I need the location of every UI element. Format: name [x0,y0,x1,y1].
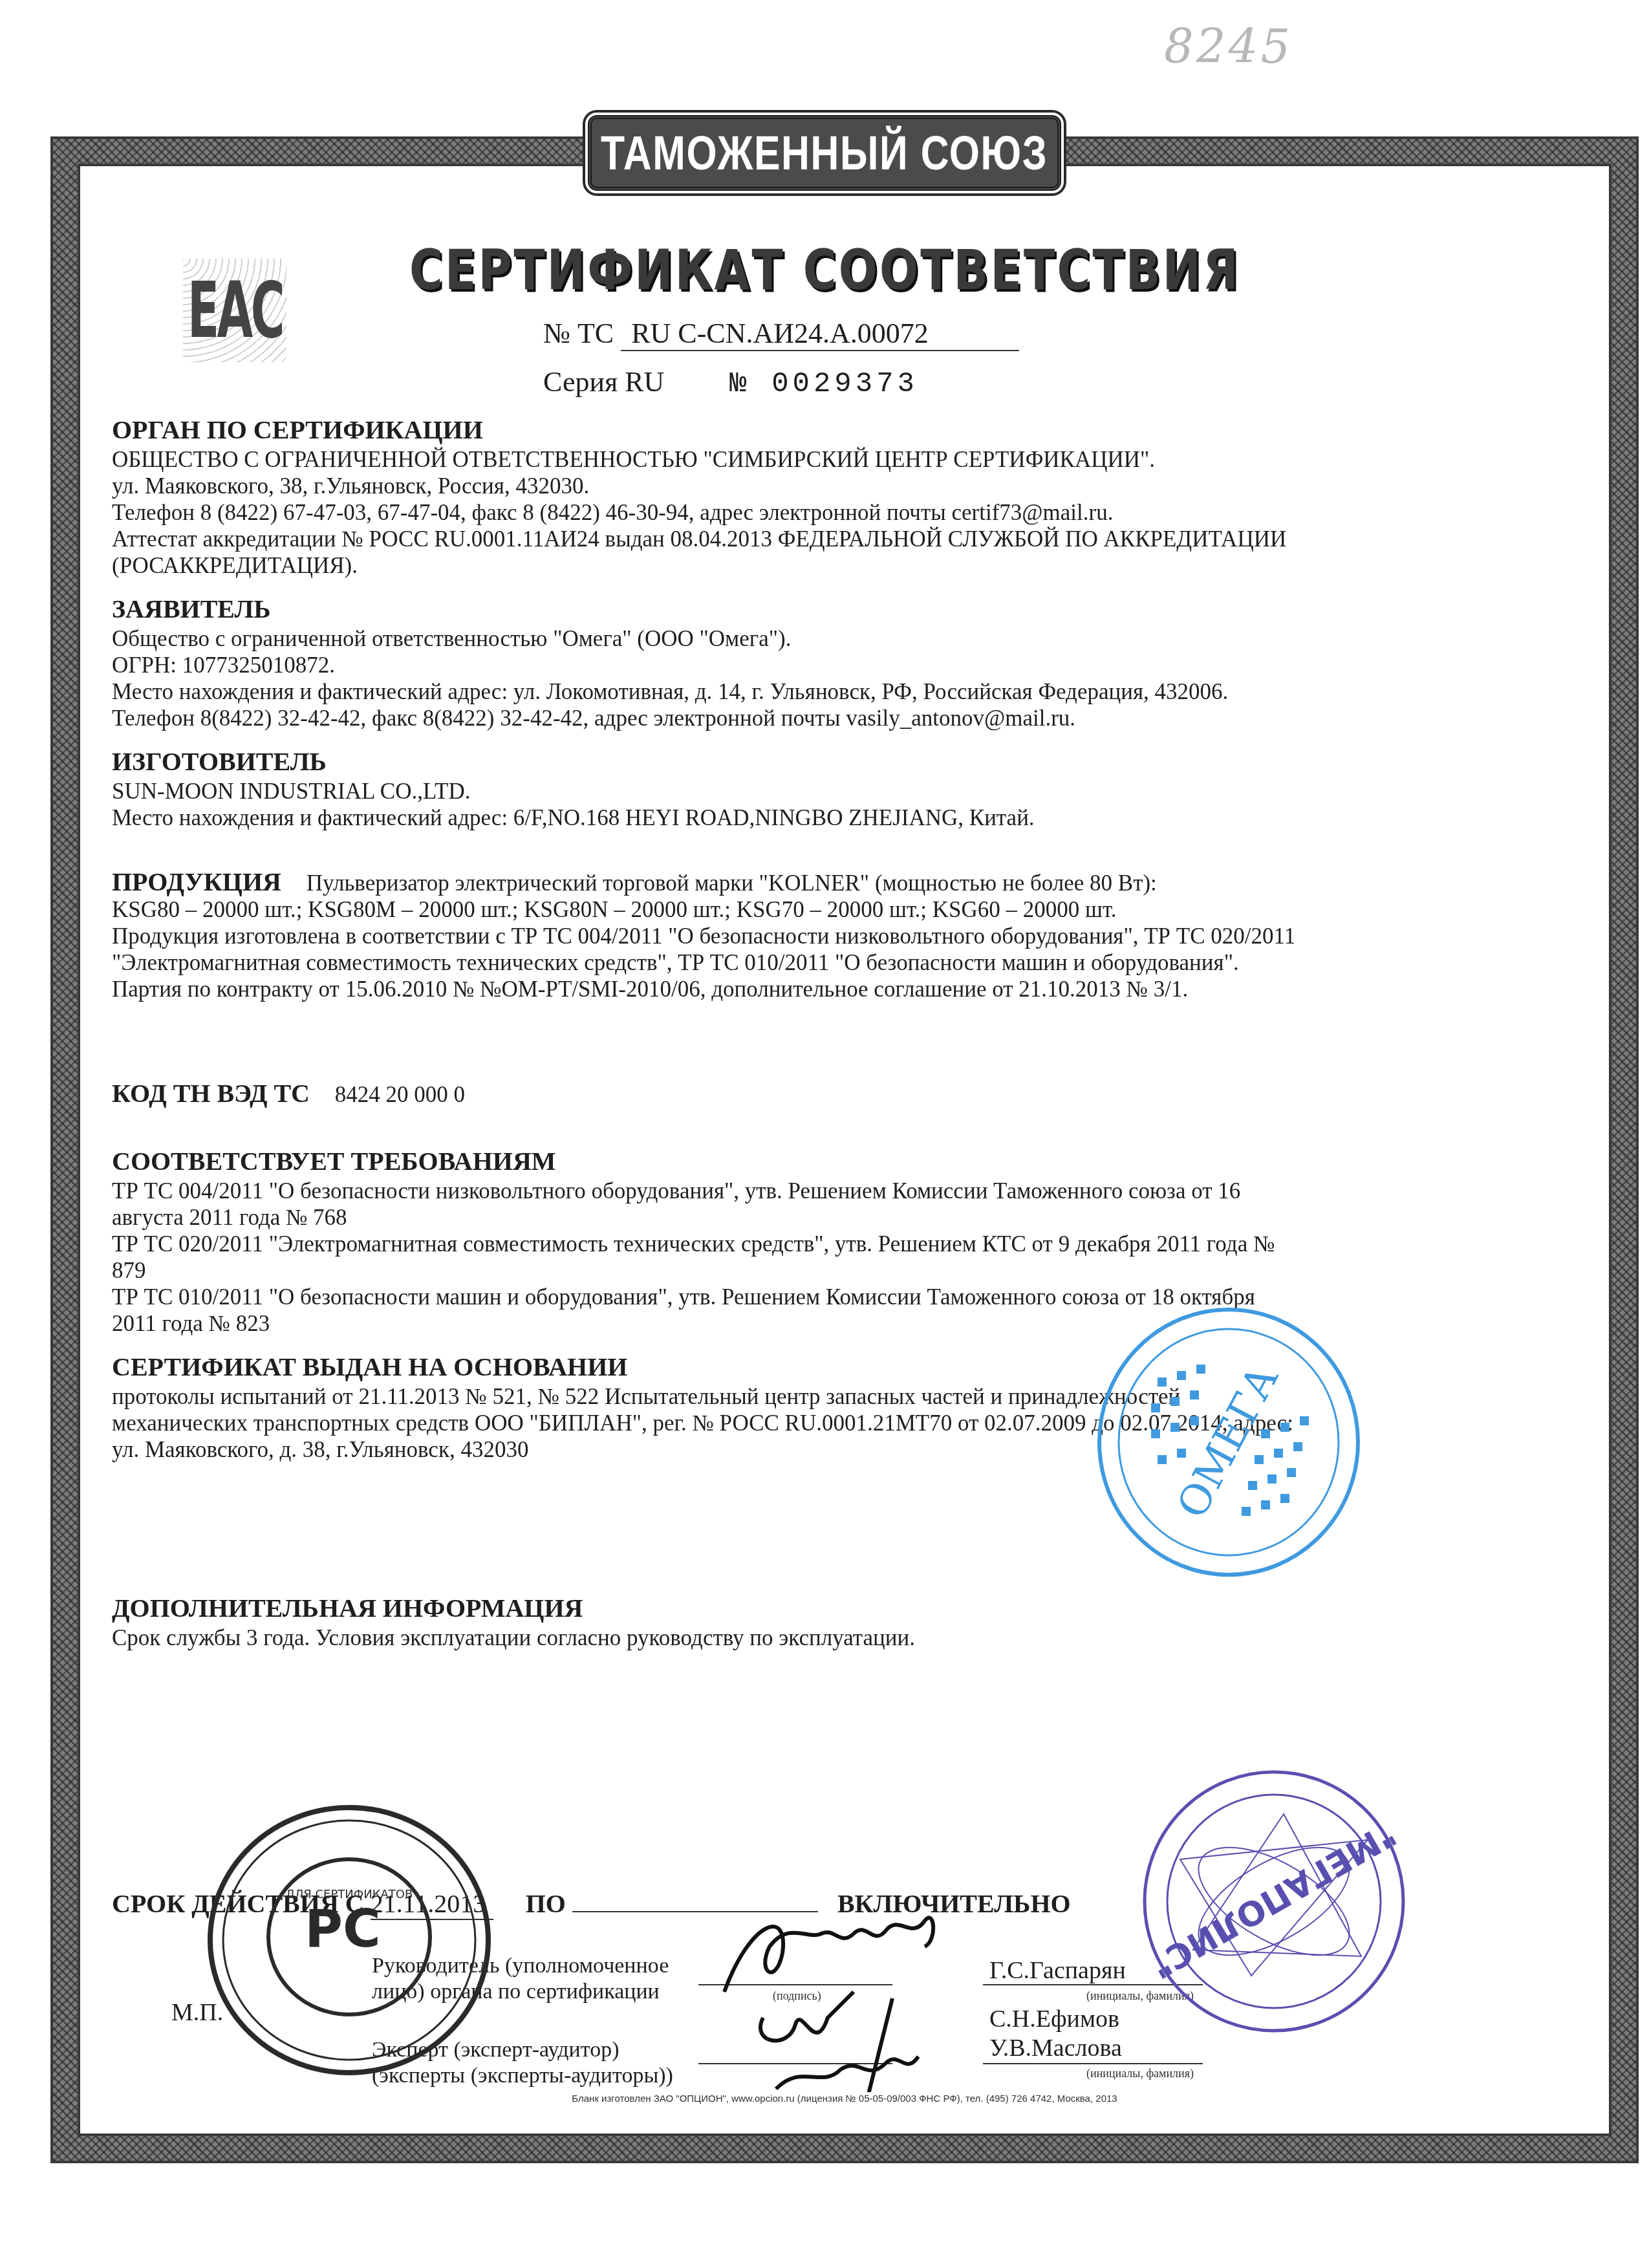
hs-code-section: КОД ТН ВЭД ТС 8424 20 000 0 [112,1080,1457,1108]
printer-note: Бланк изготовлен ЗАО "ОПЦИОН", www.opcio… [559,2092,1130,2106]
section-heading: КОД ТН ВЭД ТС [112,1079,310,1108]
manufacturer-section: ИЗГОТОВИТЕЛЬ SUN-MOON INDUSTRIAL CO.,LTD… [112,746,1457,831]
expert-name-1: С.Н.Ефимов [989,2005,1119,2033]
section-heading: ДОПОЛНИТЕЛЬНАЯ ИНФОРМАЦИЯ [112,1592,1457,1625]
text-line: Телефон 8(8422) 32-42-42, факс 8(8422) 3… [112,705,1457,731]
additional-info-section: ДОПОЛНИТЕЛЬНАЯ ИНФОРМАЦИЯ Срок службы 3 … [112,1592,1457,1651]
section-heading: ИЗГОТОВИТЕЛЬ [112,746,1457,778]
section-heading: СООТВЕТСТВУЕТ ТРЕБОВАНИЯМ [112,1145,1457,1178]
text-line: (РОСАККРЕДИТАЦИЯ). [112,552,1457,579]
text-line: Продукция изготовлена в соответствии с Т… [112,923,1457,949]
text-line: 879 [112,1257,1457,1284]
series-value: RU [625,366,664,398]
certification-body-section: ОРГАН ПО СЕРТИФИКАЦИИ ОБЩЕСТВО С ОГРАНИЧ… [112,414,1457,579]
customs-union-banner: ТАМОЖЕННЫЙ СОЮЗ [588,115,1061,191]
certification-center-stamp-icon: PC ДЛЯ СЕРТИФИКАТОВ [194,1785,504,2089]
text-line: SUN-MOON INDUSTRIAL CO.,LTD. [112,778,1457,805]
megapolis-company-stamp-icon: "МЕГАПОЛИС" [1135,1762,1413,2040]
certificate-number: № ТС RU C-CN.АИ24.А.00072 [543,317,1019,351]
text-line: ОБЩЕСТВО С ОГРАНИЧЕННОЙ ОТВЕТСТВЕННОСТЬЮ… [112,446,1457,473]
series-label: Серия [543,366,618,398]
expert-name-2: У.В.Маслова [989,2034,1122,2062]
cert-number-value: RU C-CN.АИ24.А.00072 [621,317,1019,351]
text-line: "Электромагнитная совместимость техничес… [112,949,1457,976]
text-line: Место нахождения и фактический адрес: 6/… [112,805,1457,831]
certificate-series: Серия RU № 0029373 [543,365,918,400]
blank-printer-footer: Бланк изготовлен ЗАО "ОПЦИОН", www.opcio… [53,2088,1636,2110]
text-line: Место нахождения и фактический адрес: ул… [112,678,1457,705]
eac-logo-icon: EAC [183,259,286,362]
cert-number-label: № ТС [543,318,614,349]
text-line: Срок службы 3 года. Условия эксплуатации… [112,1625,1457,1651]
section-heading: ОРГАН ПО СЕРТИФИКАЦИИ [112,414,1457,446]
head-name: Г.С.Гаспарян [989,1956,1126,1985]
expert-name-line [983,2063,1203,2064]
text-line: ул. Маяковского, 38, г.Ульяновск, Россия… [112,473,1457,499]
svg-text:ДЛЯ СЕРТИФИКАТОВ: ДЛЯ СЕРТИФИКАТОВ [286,1888,413,1901]
text-line: ТР ТС 020/2011 "Электромагнитная совмест… [112,1231,1457,1257]
hs-code-value: 8424 20 000 0 [335,1082,465,1107]
blank-number-value: 0029373 [771,368,918,400]
text-line: августа 2011 года № 768 [112,1204,1457,1231]
applicant-section: ЗАЯВИТЕЛЬ Общество с ограниченной ответс… [112,593,1457,731]
section-heading: ЗАЯВИТЕЛЬ [112,593,1457,625]
certificate-title-text: СЕРТИФИКАТ СООТВЕТСТВИЯ [409,238,1240,303]
eac-logo-text: EAC [188,266,283,356]
section-heading: ПРОДУКЦИЯ [112,867,281,896]
text-line: Телефон 8 (8422) 67-47-03, 67-47-04, фак… [112,499,1457,526]
text-line: Аттестат аккредитации № РОСС RU.0001.11А… [112,526,1457,552]
text-line: Партия по контракту от 15.06.2010 № №OM-… [112,976,1457,1002]
text-line: ОГРН: 1077325010872. [112,652,1457,678]
validity-to-label: ПО [526,1889,566,1918]
customs-union-label: ТАМОЖЕННЫЙ СОЮЗ [601,125,1048,180]
initials-caption: (инициалы, фамилия) [1086,2067,1194,2080]
text-line: KSG80 – 20000 шт.; KSG80M – 20000 шт.; K… [112,896,1457,923]
text-line: Общество с ограниченной ответственностью… [112,625,1457,652]
blank-number-label: № [729,368,750,400]
text-line: Пульверизатор электрический торговой мар… [307,870,1157,896]
product-section: ПРОДУКЦИЯ Пульверизатор электрический то… [112,869,1457,1002]
omega-company-stamp-icon: ОМЕГА [1086,1300,1371,1584]
handwritten-note: 8245 [1164,19,1293,74]
text-line: ТР ТС 004/2011 "О безопасности низковоль… [112,1178,1457,1204]
svg-text:PC: PC [305,1899,380,1959]
